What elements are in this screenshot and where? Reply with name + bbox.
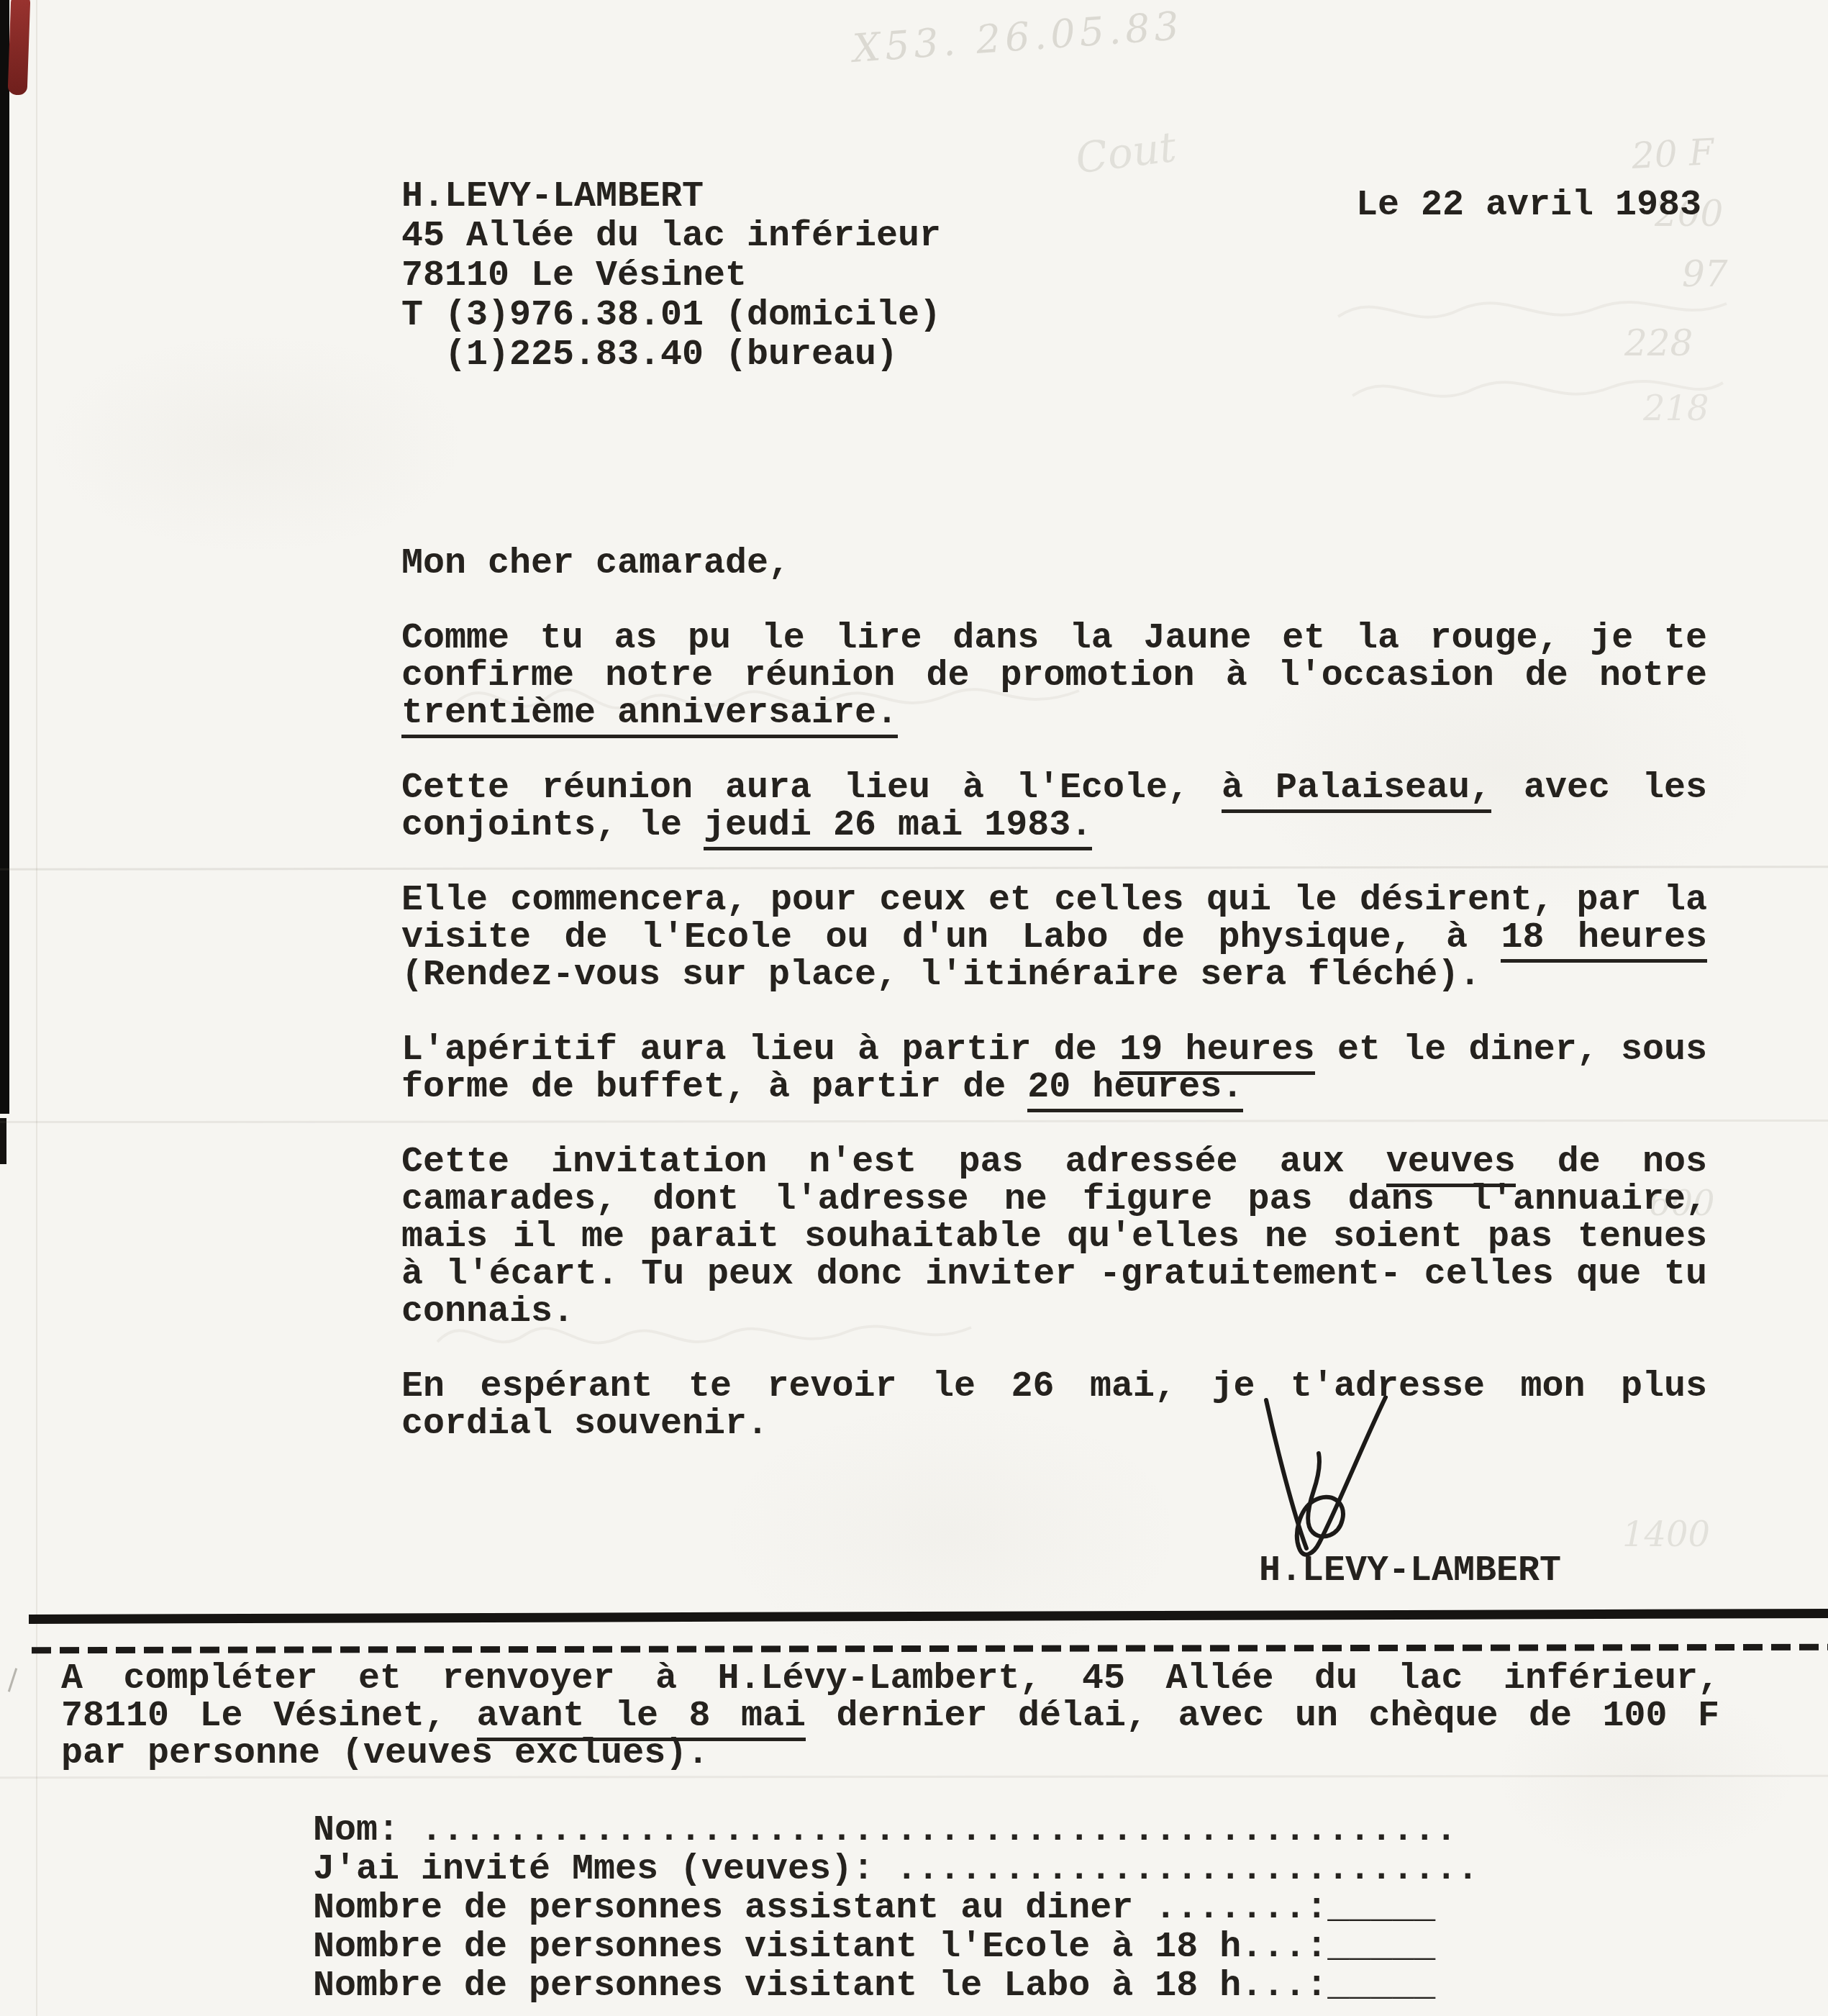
letter-date: Le 22 avril 1983 xyxy=(1356,187,1701,224)
pencil-annotation: 218 xyxy=(1643,389,1709,429)
text-run: En espérant te revoir le 26 mai, je t'ad… xyxy=(401,1366,1707,1445)
tearoff-line-2: 78110 Le Vésinet, avant le 8 mai dernier… xyxy=(61,1698,1719,1735)
tearoff-line-3: par personne (veuves exclues). xyxy=(61,1735,1719,1773)
tearoff-line-1: A compléter et renvoyer à H.Lévy-Lambert… xyxy=(61,1661,1719,1698)
crease-line xyxy=(0,1775,1828,1779)
body-paragraph: En espérant te revoir le 26 mai, je t'ad… xyxy=(401,1368,1707,1443)
form-line-ecole-count: Nombre de personnes visitant l'Ecole à 1… xyxy=(313,1928,1478,1967)
sender-name: H.LEVY-LAMBERT xyxy=(401,177,941,217)
salutation: Mon cher camarade, xyxy=(401,545,1707,583)
tearoff-instructions: A compléter et renvoyer à H.Lévy-Lambert… xyxy=(61,1661,1719,1773)
underlined-phrase: trentième anniversaire. xyxy=(401,693,898,738)
sender-phone-office: (1)225.83.40 (bureau) xyxy=(401,335,941,375)
separator-solid-line xyxy=(29,1609,1828,1624)
scanned-letter-page: X53. 26.05.83 Cout 20 F 200 97 228 218 6… xyxy=(0,0,1828,2016)
sender-phone-home: T (3)976.38.01 (domicile) xyxy=(401,296,941,335)
sender-address-city: 78110 Le Vésinet xyxy=(401,256,941,296)
body-paragraph: Comme tu as pu le lire dans la Jaune et … xyxy=(401,620,1707,732)
tearoff-form: Nom: ...................................… xyxy=(313,1812,1478,2006)
red-margin-mark xyxy=(8,0,31,95)
pencil-annotation: X53. 26.05.83 xyxy=(851,3,1184,71)
underlined-phrase: 18 heures xyxy=(1501,917,1707,963)
text-run: Cette invitation n'est pas adressée aux xyxy=(401,1142,1386,1183)
form-line-dinner-count: Nombre de personnes assistant au diner .… xyxy=(313,1889,1478,1928)
letterhead: H.LEVY-LAMBERT 45 Allée du lac inférieur… xyxy=(401,177,941,375)
letter-body: Mon cher camarade, Comme tu as pu le lir… xyxy=(401,545,1707,1481)
body-paragraph: Cette invitation n'est pas adressée aux … xyxy=(401,1144,1707,1331)
pencil-annotation: 97 xyxy=(1682,253,1728,295)
scan-edge-bar xyxy=(0,0,9,1114)
text-run: L'apéritif aura lieu à partir de xyxy=(401,1030,1119,1071)
text-run: Comme tu as pu le lire dans la Jaune et … xyxy=(401,618,1707,696)
pencil-annotation: 228 xyxy=(1624,322,1693,364)
pencil-annotation: Cout xyxy=(1073,122,1178,183)
pencil-annotation: 20 F xyxy=(1631,131,1715,177)
scan-edge-mark xyxy=(0,1118,6,1164)
body-paragraph: Cette réunion aura lieu à l'Ecole, à Pal… xyxy=(401,770,1707,845)
text-run: (Rendez-vous sur place, l'itinéraire ser… xyxy=(401,955,1481,996)
text-run: dernier délai, avec un chèque de 100 F xyxy=(806,1696,1719,1737)
signature-scribble xyxy=(1245,1396,1396,1565)
body-paragraph: L'apéritif aura lieu à partir de 19 heur… xyxy=(401,1032,1707,1107)
form-line-name: Nom: ...................................… xyxy=(313,1812,1478,1851)
underlined-phrase: à Palaiseau, xyxy=(1222,768,1491,813)
signature-name: H.LEVY-LAMBERT xyxy=(1259,1553,1561,1590)
separator-dashed-line xyxy=(32,1644,1828,1653)
underlined-phrase: jeudi 26 mai 1983. xyxy=(704,805,1092,850)
text-run: 78110 Le Vésinet, xyxy=(61,1696,477,1737)
sender-address-street: 45 Allée du lac inférieur xyxy=(401,217,941,256)
pencil-tick-mark xyxy=(8,1668,17,1692)
text-run: Cette réunion aura lieu à l'Ecole, xyxy=(401,768,1222,809)
form-line-labo-count: Nombre de personnes visitant le Labo à 1… xyxy=(313,1967,1478,2006)
paper-edge-line xyxy=(36,0,37,2016)
form-line-invitees: J'ai invité Mmes (veuves): .............… xyxy=(313,1851,1478,1889)
underlined-phrase: 20 heures. xyxy=(1027,1067,1243,1112)
pencil-annotation: 1400 xyxy=(1622,1515,1710,1555)
body-paragraph: Elle commencera, pour ceux et celles qui… xyxy=(401,882,1707,994)
